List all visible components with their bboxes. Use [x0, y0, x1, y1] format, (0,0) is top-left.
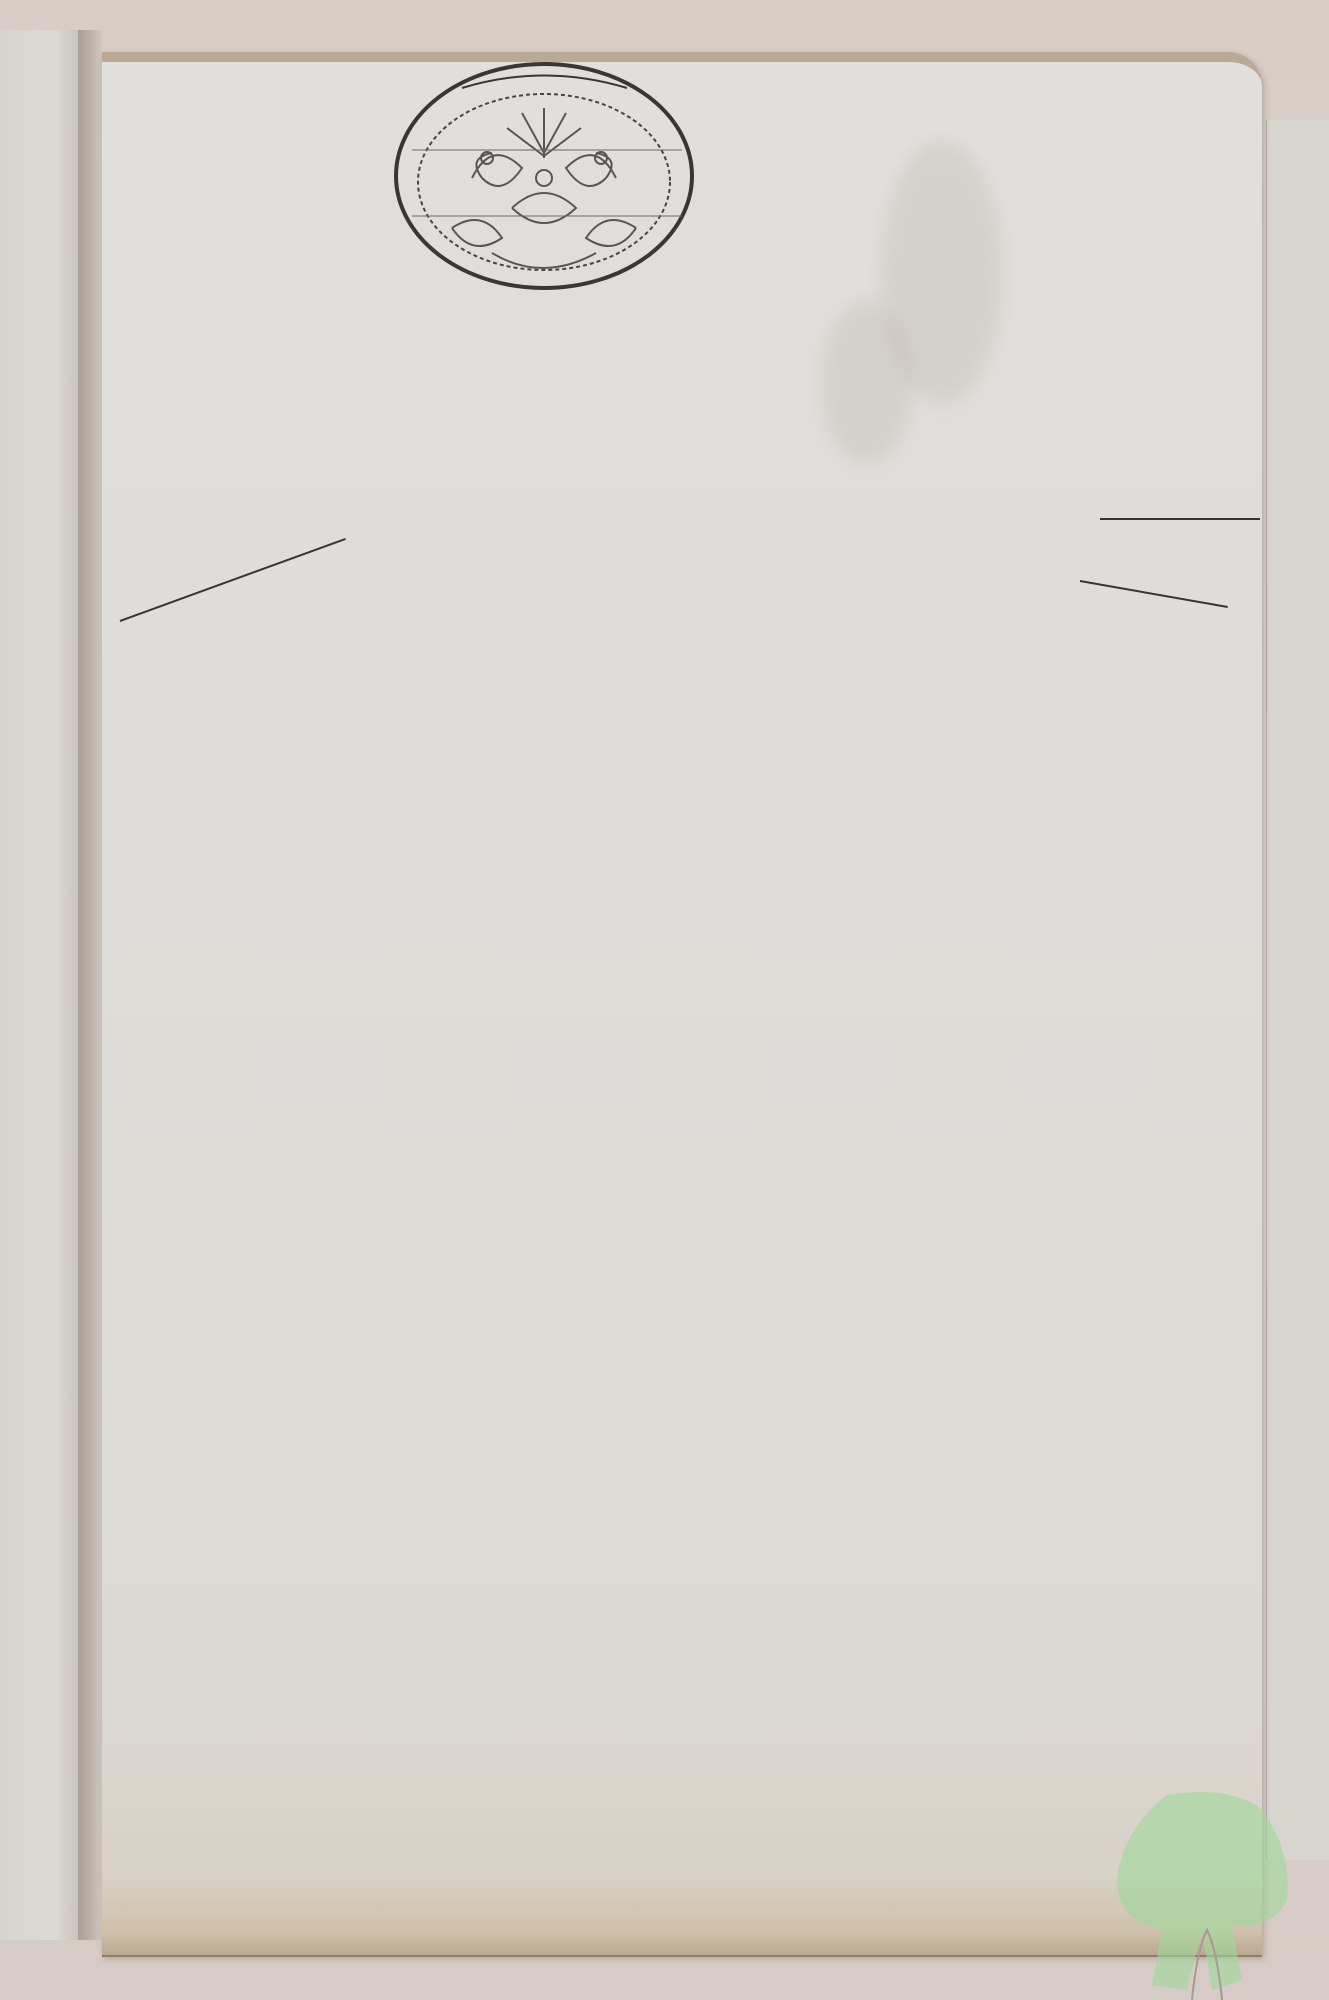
stamp-seal-icon	[392, 58, 697, 293]
right-underlying-page	[1266, 120, 1329, 1860]
water-stain	[822, 302, 912, 462]
signature-flourish	[1100, 518, 1260, 520]
left-facing-page	[0, 30, 80, 1940]
geneanet-watermark	[1112, 1790, 1302, 2000]
generalite-stamp	[392, 58, 697, 293]
tree-logo-icon	[1112, 1790, 1302, 2000]
page-worn-edge	[102, 1875, 1262, 1957]
book-gutter	[78, 30, 102, 1940]
manuscript-page	[102, 52, 1262, 1957]
